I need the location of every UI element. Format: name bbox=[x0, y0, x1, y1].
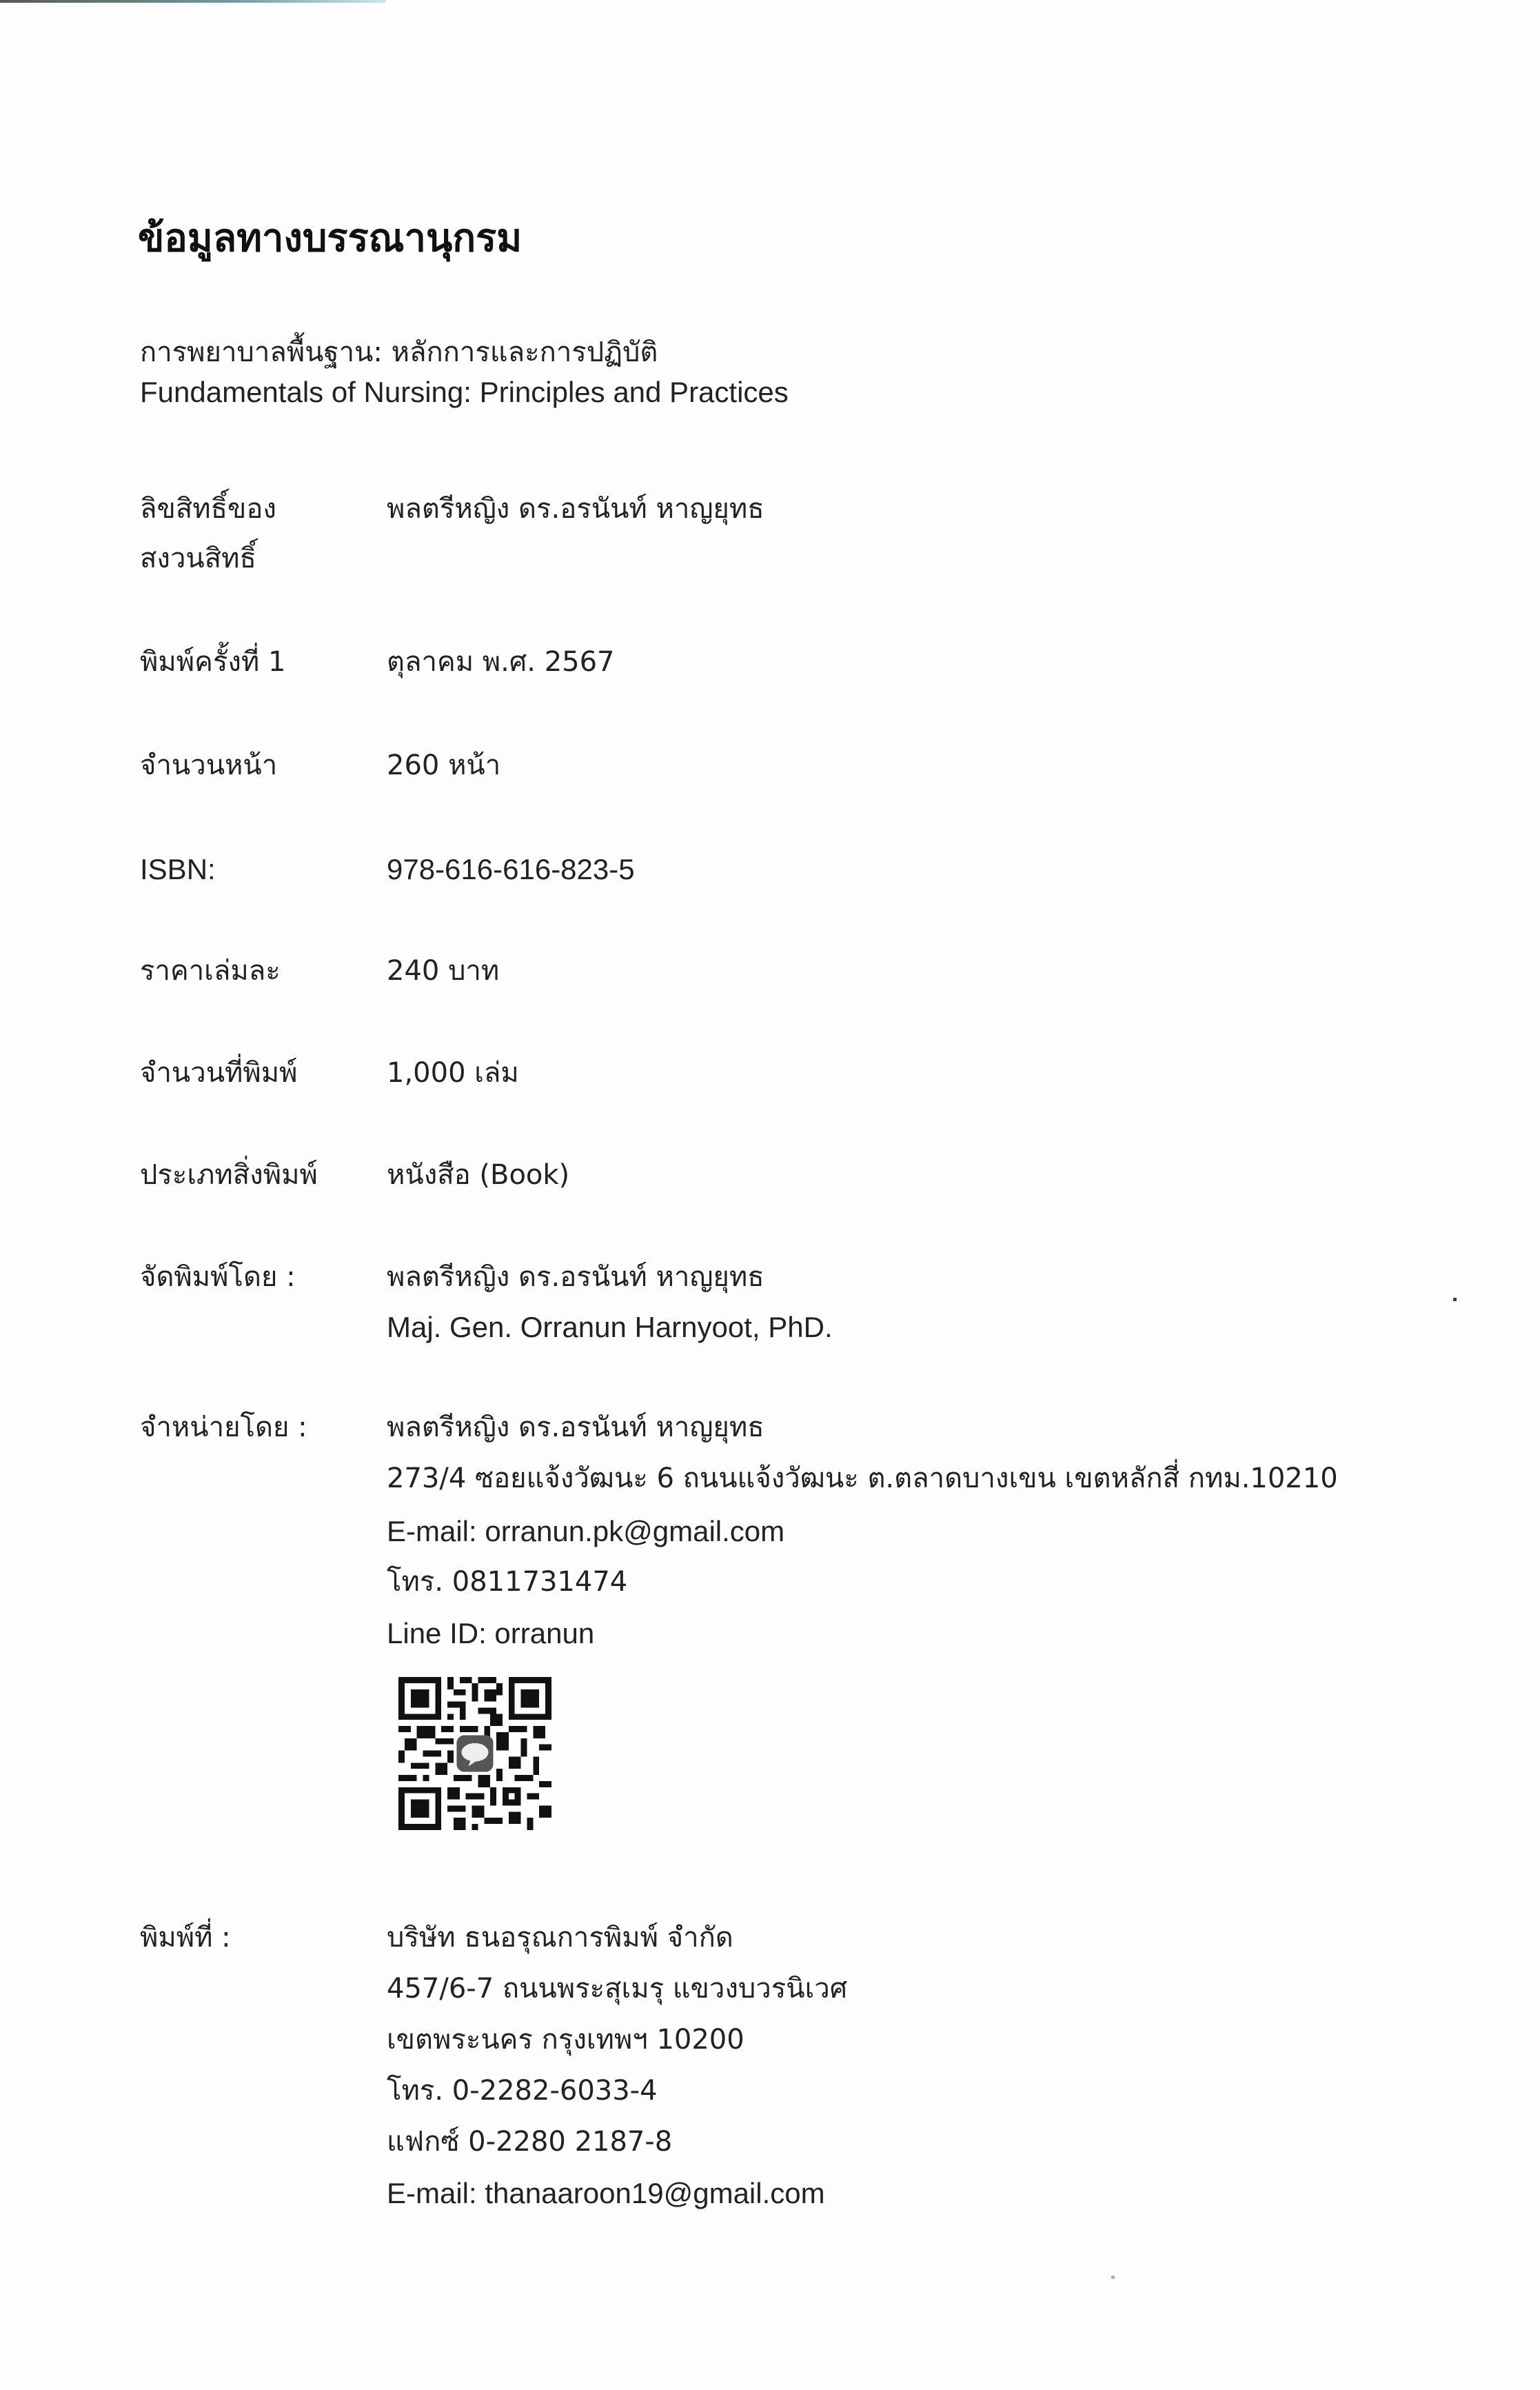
isbn-value: 978-616-616-823-5 bbox=[387, 855, 635, 884]
pages-label: จำนวนหน้า bbox=[140, 752, 277, 779]
book-title-thai: การพยาบาลพื้นฐาน: หลักการและการปฏิบัติ bbox=[140, 330, 658, 374]
printer-address-line2: เขตพระนคร กรุงเทพฯ 10200 bbox=[387, 2026, 744, 2053]
distributor-line-id: Line ID: orranun bbox=[387, 1619, 594, 1648]
print-run-value: 1,000 เล่ม bbox=[387, 1059, 519, 1087]
distributor-phone: โทร. 0811731474 bbox=[387, 1568, 627, 1596]
printer-company: บริษัท ธนอรุณการพิมพ์ จำกัด bbox=[387, 1924, 733, 1951]
publication-type-label: ประเภทสิ่งพิมพ์ bbox=[140, 1161, 318, 1189]
publisher-name-english: Maj. Gen. Orranun Harnyoot, PhD. bbox=[387, 1313, 833, 1342]
copyright-label: ลิขสิทธิ์ของ bbox=[140, 495, 276, 523]
print-run-label: จำนวนที่พิมพ์ bbox=[140, 1059, 298, 1087]
copyright-holder: พลตรีหญิง ดร.อรนันท์ หาญยุทธ bbox=[387, 495, 764, 523]
printer-fax: แฟกซ์ 0-2280 2187-8 bbox=[387, 2128, 672, 2156]
edition-label: พิมพ์ครั้งที่ 1 bbox=[140, 648, 285, 676]
scan-edge-artifact bbox=[0, 0, 386, 3]
publication-type-value: หนังสือ (Book) bbox=[387, 1161, 569, 1189]
isbn-label: ISBN: bbox=[140, 855, 216, 884]
printer-phone: โทร. 0-2282-6033-4 bbox=[387, 2077, 658, 2105]
price-label: ราคาเล่มละ bbox=[140, 957, 281, 985]
scan-speck bbox=[1453, 1298, 1457, 1301]
pages-value: 260 หน้า bbox=[387, 752, 500, 779]
distributor-address: 273/4 ซอยแจ้งวัฒนะ 6 ถนนแจ้งวัฒนะ ต.ตลาด… bbox=[387, 1465, 1338, 1492]
distributed-by-label: จำหน่ายโดย : bbox=[140, 1414, 307, 1441]
distributor-email[interactable]: E-mail: orranun.pk@gmail.com bbox=[387, 1517, 784, 1546]
scan-speck bbox=[1111, 2276, 1115, 2279]
rights-reserved-label: สงวนสิทธิ์ bbox=[140, 545, 256, 572]
printer-address-line1: 457/6-7 ถนนพระสุเมรุ แขวงบวรนิเวศ bbox=[387, 1975, 847, 2002]
book-title-english: Fundamentals of Nursing: Principles and … bbox=[140, 376, 789, 409]
distributor-name: พลตรีหญิง ดร.อรนันท์ หาญยุทธ bbox=[387, 1414, 764, 1441]
printer-email[interactable]: E-mail: thanaaroon19@gmail.com bbox=[387, 2179, 825, 2208]
publisher-name-thai: พลตรีหญิง ดร.อรนันท์ หาญยุทธ bbox=[387, 1263, 764, 1291]
page-heading: ข้อมูลทางบรรณานุกรม bbox=[138, 207, 522, 268]
printed-at-label: พิมพ์ที่ : bbox=[140, 1924, 231, 1951]
edition-date: ตุลาคม พ.ศ. 2567 bbox=[387, 648, 615, 676]
published-by-label: จัดพิมพ์โดย : bbox=[140, 1263, 296, 1291]
line-qr-code-icon[interactable] bbox=[398, 1677, 551, 1830]
price-value: 240 บาท bbox=[387, 957, 499, 985]
